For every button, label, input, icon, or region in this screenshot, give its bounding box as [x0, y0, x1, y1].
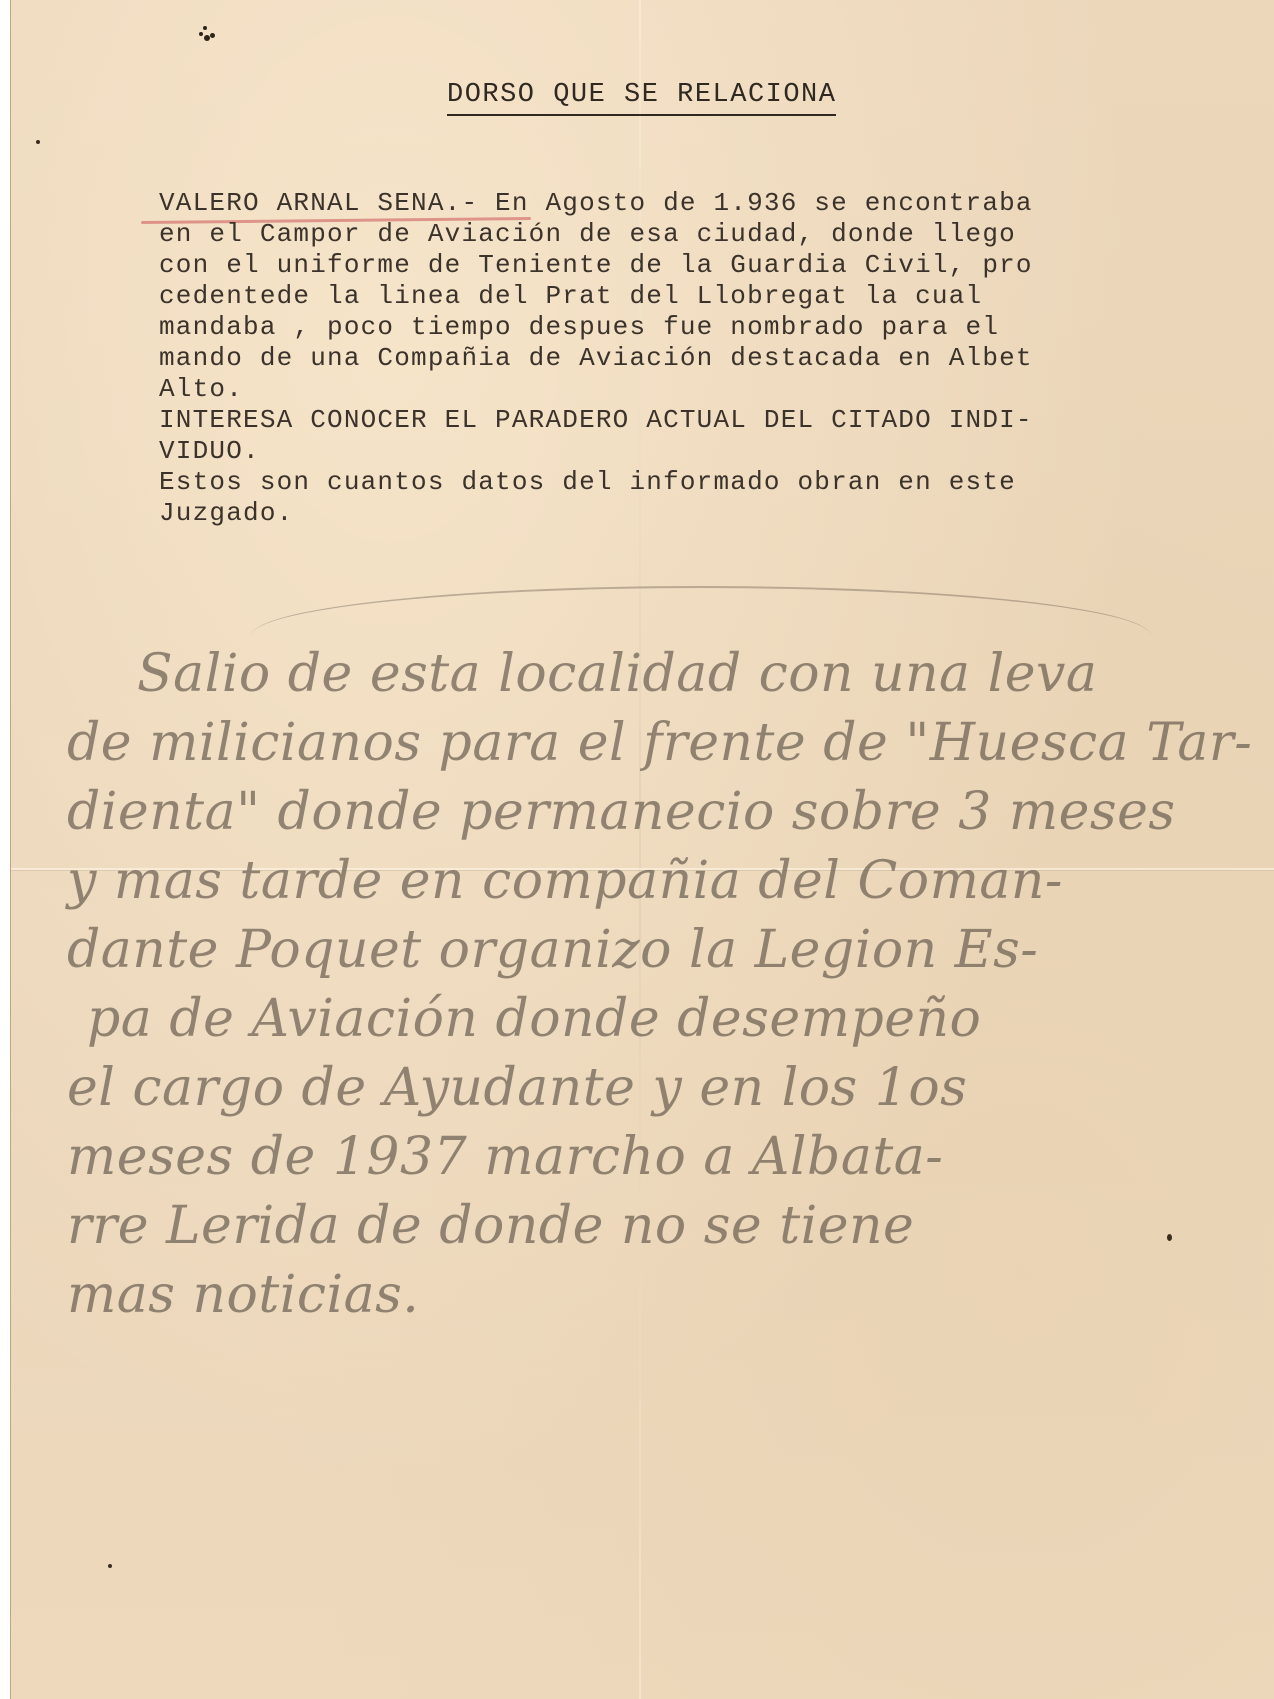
paper-speck [36, 140, 40, 144]
typed-line-6: mando de una Compañia de Aviación destac… [159, 343, 1219, 374]
handwritten-line-8: meses de 1937 marcho a Albata- [67, 1123, 1274, 1192]
document-heading: DORSO QUE SE RELACIONA [447, 80, 836, 116]
typed-line-4: cedentede la linea del Prat del Llobrega… [159, 281, 1219, 312]
handwritten-line-1: Salio de esta localidad con una leva [67, 640, 1274, 709]
typed-line-2: en el Campor de Aviación de esa ciudad, … [159, 219, 1219, 250]
typed-paragraph: VALERO ARNAL SENA.- En Agosto de 1.936 s… [159, 188, 1219, 529]
paper-speck [108, 1564, 112, 1568]
closing-line-1: Estos son cuantos datos del informado ob… [159, 467, 1219, 498]
handwritten-line-10: mas noticias. [67, 1261, 1274, 1330]
handwritten-line-7: el cargo de Ayudante y en los 1os [67, 1054, 1274, 1123]
typed-line-3: con el uniforme de Teniente de la Guardi… [159, 250, 1219, 281]
pencil-arc-stroke [251, 586, 1151, 636]
handwritten-line-5: dante Poquet organizo la Legion Es- [67, 916, 1274, 985]
handwritten-line-2: de milicianos para el frente de "Huesca … [67, 709, 1274, 778]
handwritten-line-9: rre Lerida de donde no se tiene [67, 1192, 1274, 1261]
handwritten-line-3: dienta" donde permanecio sobre 3 meses [67, 778, 1274, 847]
subject-name: VALERO ARNAL SENA.- [159, 188, 478, 218]
typed-line-7: Alto. [159, 374, 1219, 405]
typed-line-1: VALERO ARNAL SENA.- En Agosto de 1.936 s… [159, 188, 1219, 219]
handwritten-line-6: pa de Aviación donde desempeño [67, 985, 1274, 1054]
ink-spots [199, 26, 219, 42]
closing-line-2: Juzgado. [159, 498, 1219, 529]
document-page: DORSO QUE SE RELACIONA VALERO ARNAL SENA… [10, 0, 1274, 1699]
handwritten-line-4: y mas tarde en compañia del Coman- [67, 847, 1274, 916]
typed-line-5: mandaba , poco tiempo despues fue nombra… [159, 312, 1219, 343]
handwritten-note: Salio de esta localidad con una leva de … [67, 640, 1274, 1330]
request-line-2: VIDUO. [159, 436, 1219, 467]
request-line-1: INTERESA CONOCER EL PARADERO ACTUAL DEL … [159, 405, 1219, 436]
